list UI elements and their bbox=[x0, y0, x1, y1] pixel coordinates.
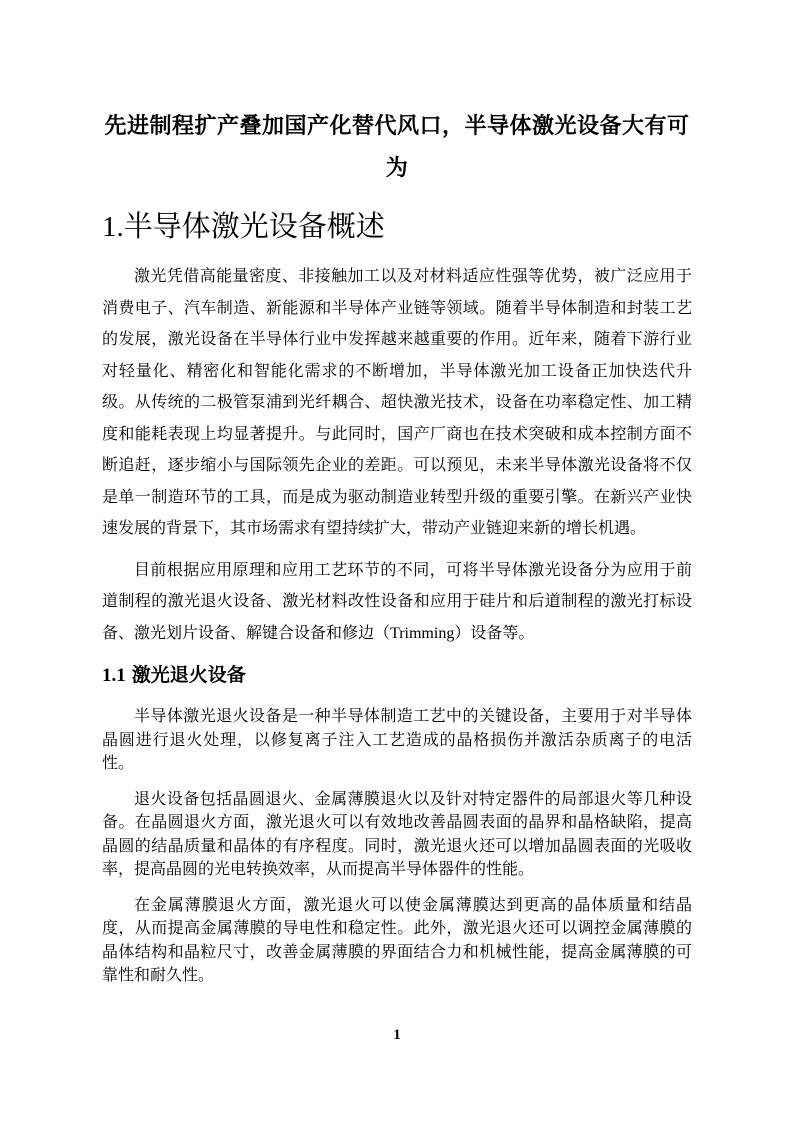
section-1-1-title: 激光退火设备 bbox=[132, 665, 246, 686]
paragraph-annealing-3: 在金属薄膜退火方面，激光退火可以使金属薄膜达到更高的晶体质量和结晶度，从而提高金… bbox=[102, 894, 692, 988]
section-1-1-number: 1.1 bbox=[102, 665, 126, 686]
paragraph-annealing-2: 退火设备包括晶圆退火、金属薄膜退火以及针对特定器件的局部退火等几种设备。在晶圆退… bbox=[102, 788, 692, 882]
paragraph-overview-1: 激光凭借高能量密度、非接触加工以及对材料适应性强等优势，被广泛应用于消费电子、汽… bbox=[102, 261, 692, 545]
paragraph-annealing-1: 半导体激光退火设备是一种半导体制造工艺中的关键设备，主要用于对半导体晶圆进行退火… bbox=[102, 705, 692, 776]
document-page: 先进制程扩产叠加国产化替代风口，半导体激光设备大有可为 1.半导体激光设备概述 … bbox=[0, 0, 794, 1123]
document-title: 先进制程扩产叠加国产化替代风口，半导体激光设备大有可为 bbox=[102, 105, 692, 189]
section-1-1-heading: 1.1激光退火设备 bbox=[102, 663, 692, 689]
page-number: 1 bbox=[0, 1026, 794, 1044]
paragraph-overview-2: 目前根据应用原理和应用工艺环节的不同，可将半导体激光设备分为应用于前道制程的激光… bbox=[102, 555, 692, 650]
section-1-heading: 1.半导体激光设备概述 bbox=[102, 209, 692, 245]
